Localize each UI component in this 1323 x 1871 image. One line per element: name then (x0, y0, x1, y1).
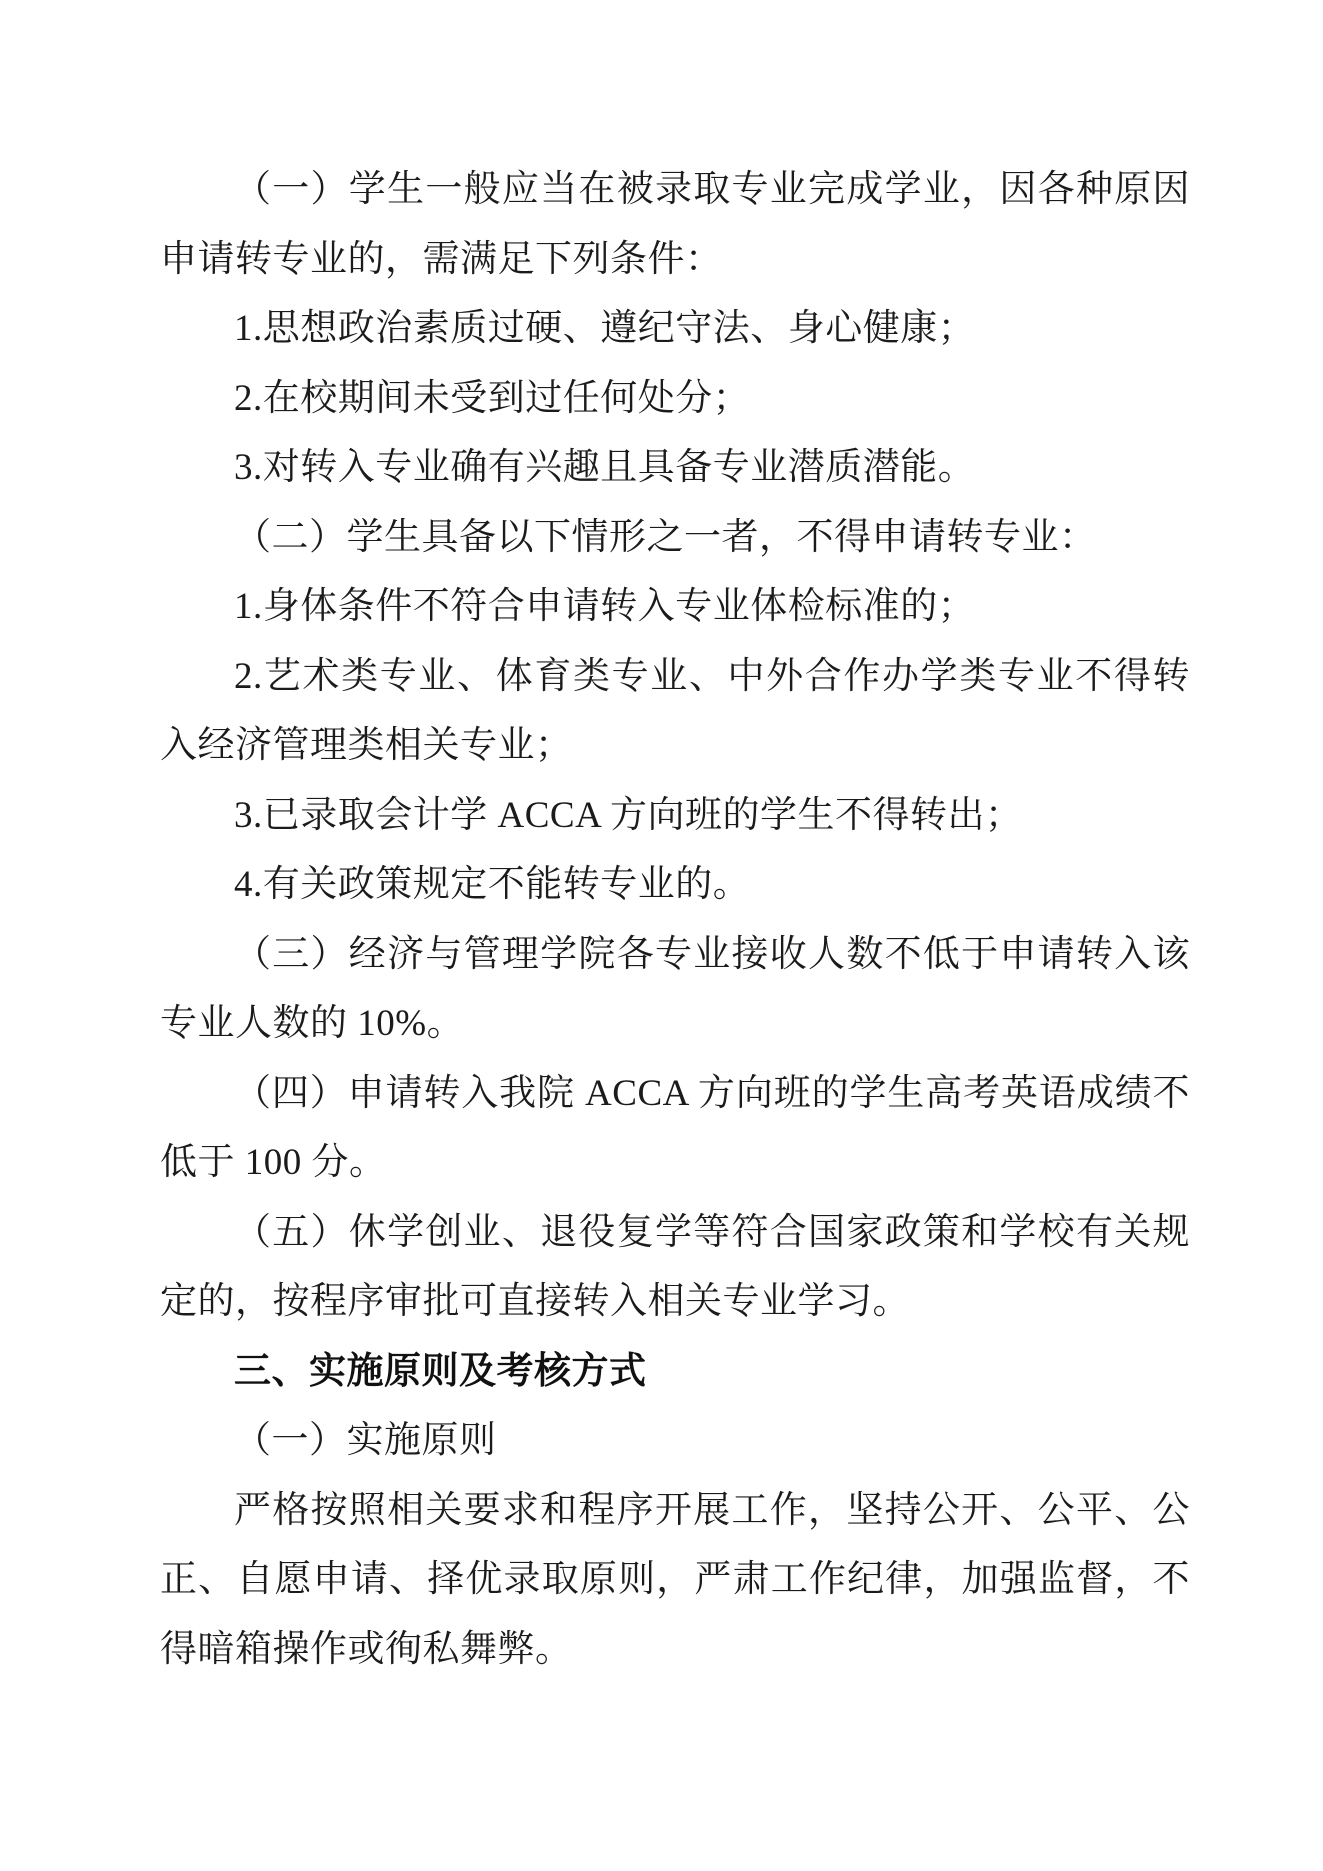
paragraph-principles-subheading: （一）实施原则 (160, 1406, 1190, 1476)
paragraph-restriction-item-2: 2.艺术类专业、体育类专业、中外合作办学类专业不得转入经济管理类相关专业； (160, 642, 1190, 781)
paragraph-principles-body: 严格按照相关要求和程序开展工作，坚持公开、公平、公正、自愿申请、择优录取原则，严… (160, 1476, 1190, 1685)
paragraph-restriction-item-1: 1.身体条件不符合申请转入专业体检标准的； (160, 572, 1190, 642)
paragraph-special-cases-rule: （五）休学创业、退役复学等符合国家政策和学校有关规定的，按程序审批可直接转入相关… (160, 1198, 1190, 1337)
paragraph-restriction-item-3: 3.已录取会计学 ACCA 方向班的学生不得转出； (160, 781, 1190, 851)
document-page: （一）学生一般应当在被录取专业完成学业，因各种原因申请转专业的，需满足下列条件：… (0, 0, 1323, 1871)
section-heading-principles: 三、实施原则及考核方式 (160, 1337, 1190, 1407)
paragraph-condition-intro: （一）学生一般应当在被录取专业完成学业，因各种原因申请转专业的，需满足下列条件： (160, 155, 1190, 294)
paragraph-quota-rule: （三）经济与管理学院各专业接收人数不低于申请转入该专业人数的 10%。 (160, 920, 1190, 1059)
paragraph-restriction-item-4: 4.有关政策规定不能转专业的。 (160, 850, 1190, 920)
paragraph-condition-item-3: 3.对转入专业确有兴趣且具备专业潜质潜能。 (160, 433, 1190, 503)
paragraph-restriction-intro: （二）学生具备以下情形之一者，不得申请转专业： (160, 503, 1190, 573)
paragraph-condition-item-1: 1.思想政治素质过硬、遵纪守法、身心健康； (160, 294, 1190, 364)
paragraph-acca-english-rule: （四）申请转入我院 ACCA 方向班的学生高考英语成绩不低于 100 分。 (160, 1059, 1190, 1198)
paragraph-condition-item-2: 2.在校期间未受到过任何处分； (160, 364, 1190, 434)
